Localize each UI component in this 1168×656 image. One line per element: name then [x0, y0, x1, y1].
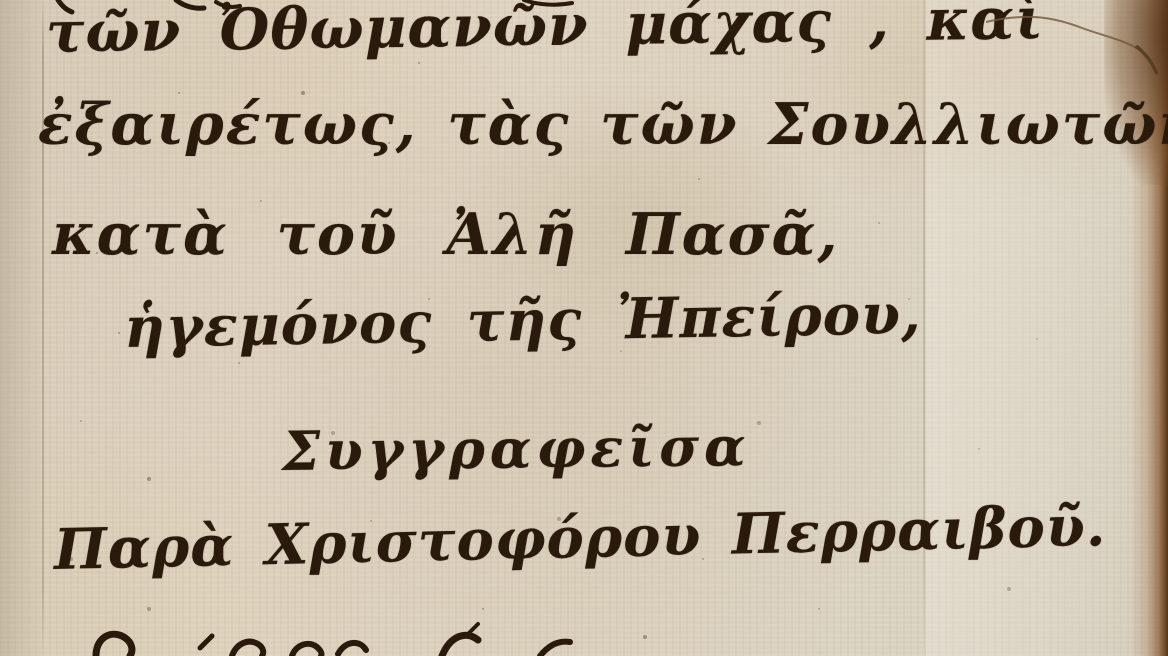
manuscript-page-photo: τῶν Ὀθωμανῶν μάχας , καὶ ἐξαιρέτως, τὰς … [0, 0, 1168, 656]
manuscript-line-4: ἡγεμόνος τῆς Ἠπείρου, [123, 284, 922, 360]
manuscript-line-2: ἐξαιρέτως, τὰς τῶν Σουλλιωτῶν [38, 94, 1168, 157]
manuscript-line-6: Παρὰ Χριστοφόρου Περραιβοῦ. [53, 496, 1107, 581]
manuscript-line-1: τῶν Ὀθωμανῶν μάχας , καὶ [46, 0, 1045, 65]
manuscript-line-5: Συγγραφεῖσα [282, 417, 751, 481]
manuscript-line-3: κατὰ τοῦ Ἀλῆ Πασᾶ, [52, 204, 839, 267]
foxing-specks [0, 0, 2, 2]
